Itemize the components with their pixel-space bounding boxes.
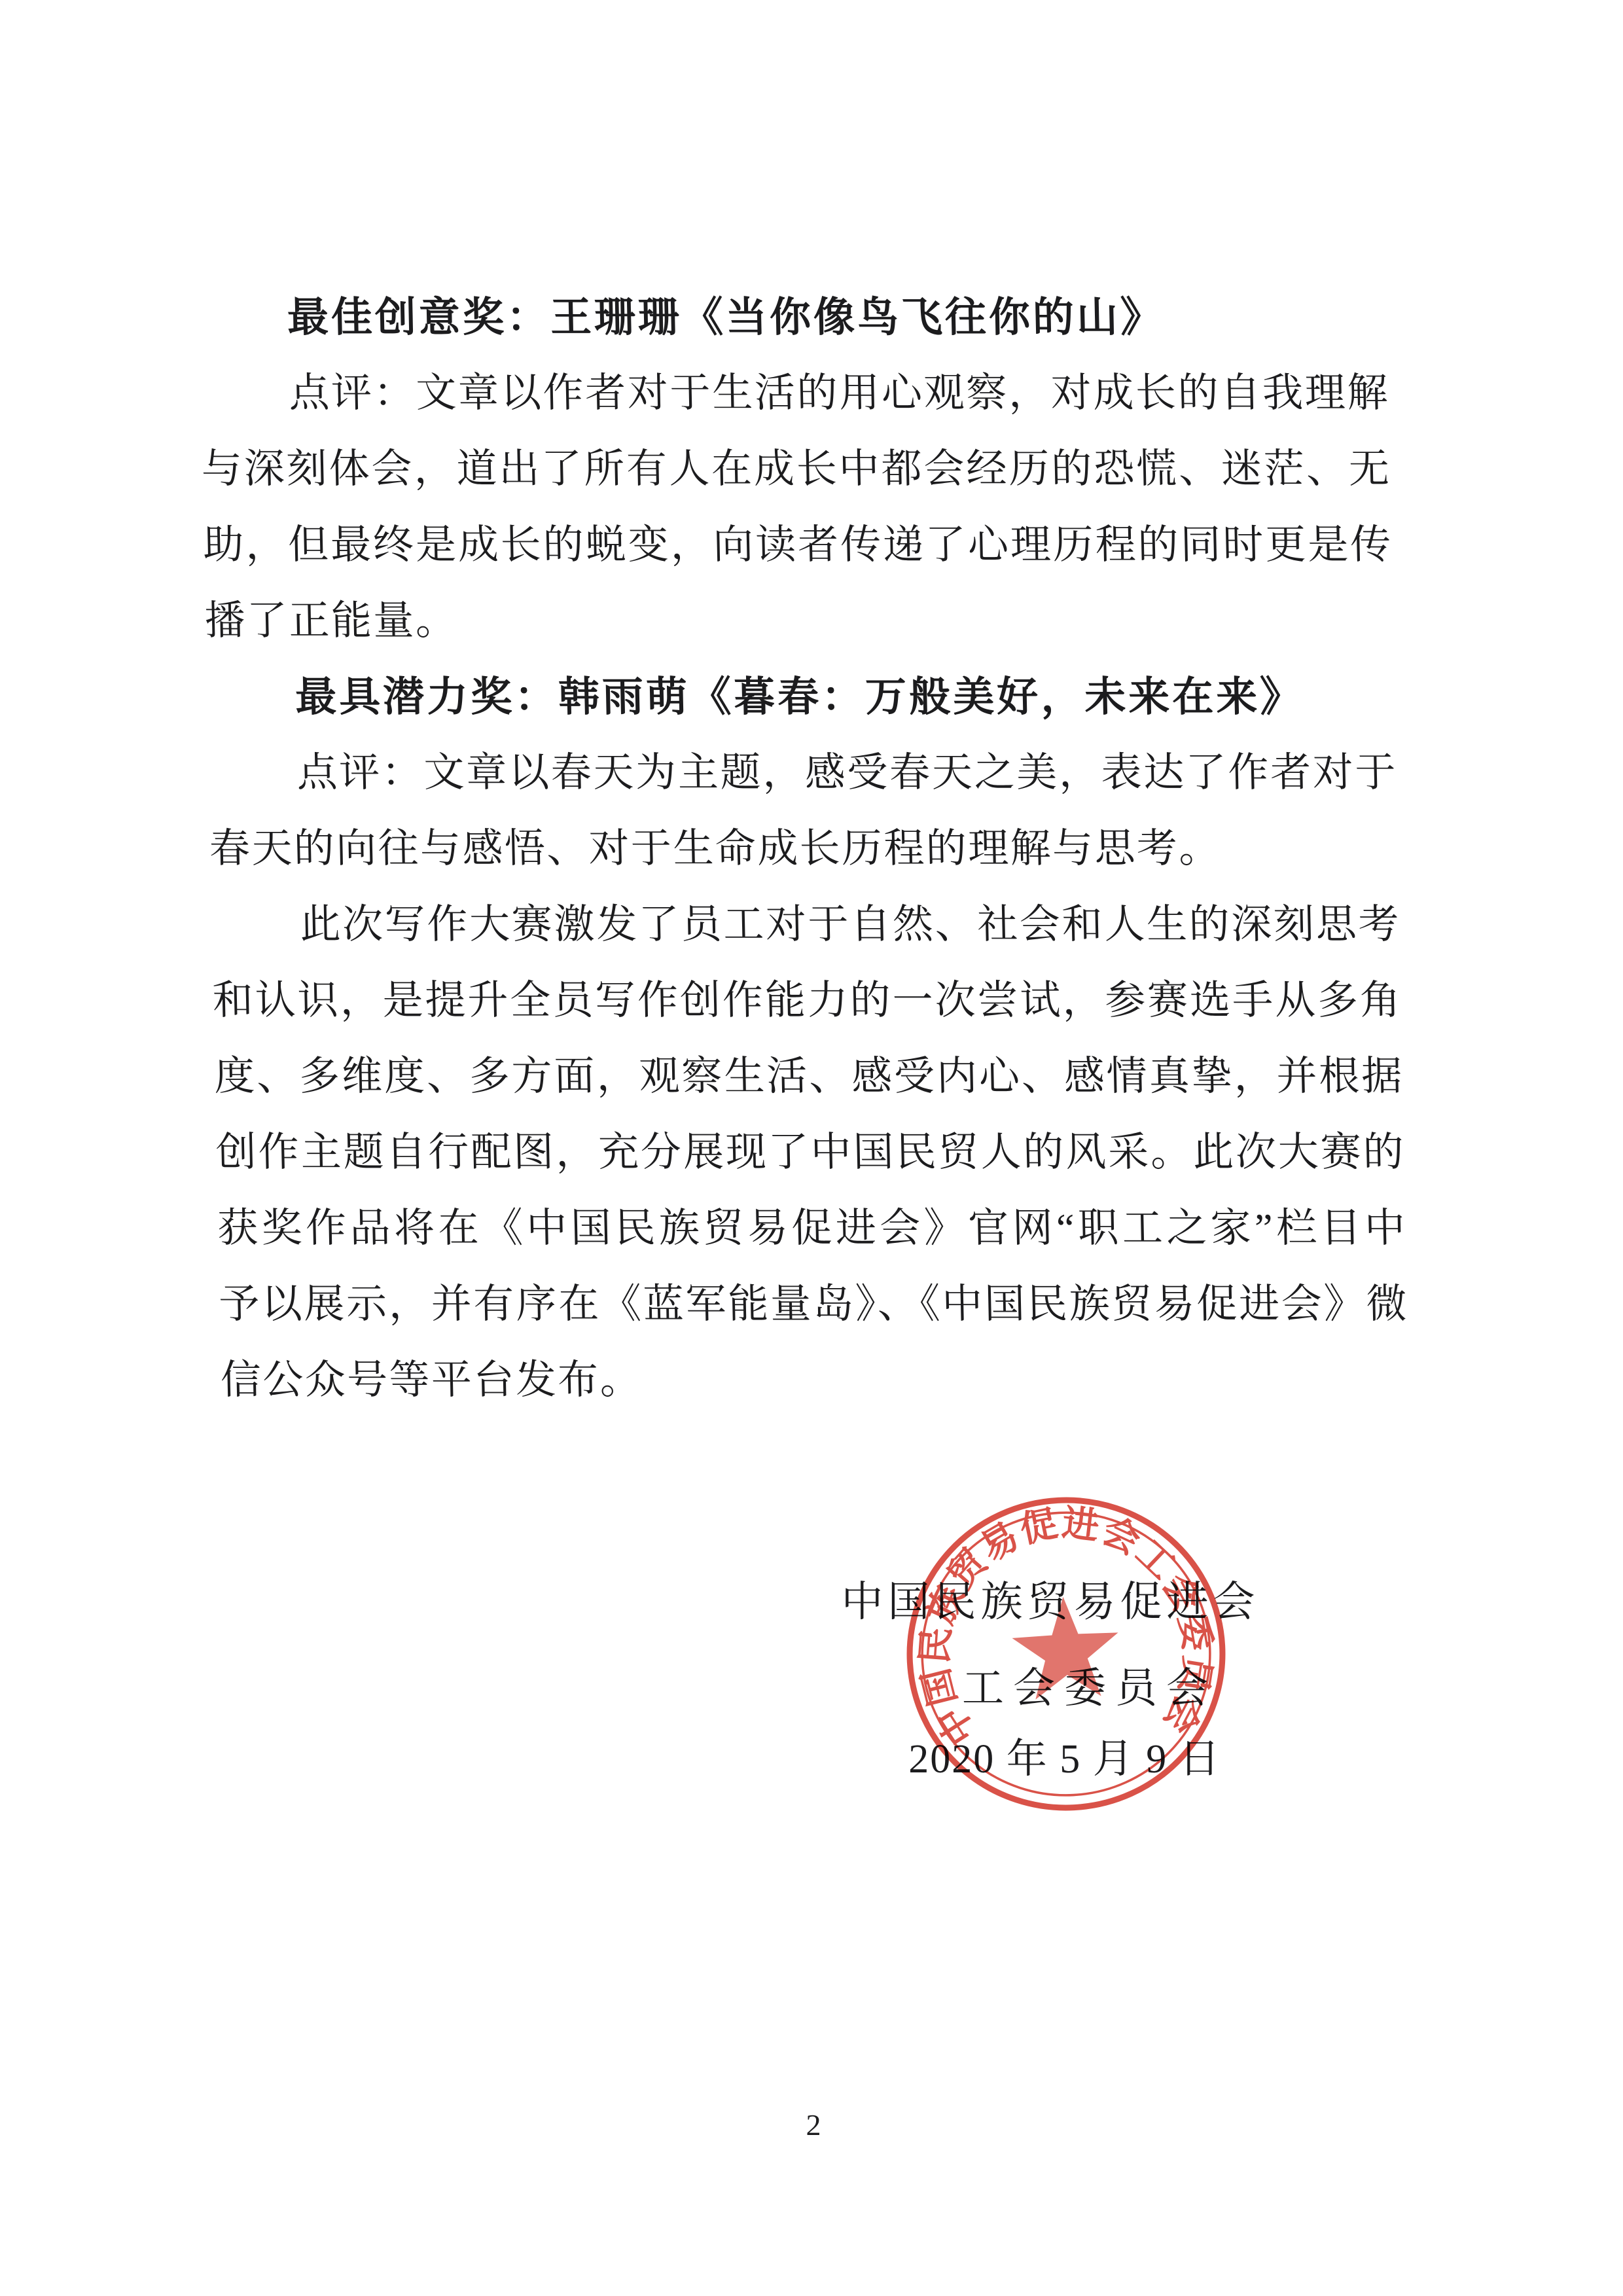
body-line-8: 此次写作大赛激发了员工对于自然、社会和人生的深刻思考: [210, 887, 1399, 963]
body-line-9: 和认识，是提升全员写作创作能力的一次尝试，参赛选手从多角: [212, 963, 1401, 1039]
body-line-2: 与深刻体会，道出了所有人在成长中都会经历的恐慌、迷茫、无: [201, 431, 1390, 507]
body-line-3: 助，但最终是成长的蜕变，向读者传递了心理历程的同时更是传: [202, 507, 1391, 583]
body-line-11: 创作主题自行配图，充分展现了中国民贸人的风采。此次大赛的: [215, 1115, 1404, 1191]
body-line-12: 获奖作品将在《中国民族贸易促进会》官网“职工之家”栏目中: [217, 1191, 1406, 1266]
official-seal: 中国民族贸易促进会工会委员会: [893, 1481, 1239, 1827]
body-line-1: 点评：文章以作者对于生活的用心观察，对成长的自我理解: [199, 355, 1388, 431]
heading-best-potential-award: 最具潜力奖：韩雨萌《暮春：万般美好，未来在来》: [205, 659, 1395, 735]
body-line-7: 春天的向往与感悟、对于生命成长历程的理解与思考。: [209, 811, 1398, 887]
document-page: 最佳创意奖：王珊珊《当你像鸟飞往你的山》 点评：文章以作者对于生活的用心观察，对…: [0, 0, 1623, 2296]
red-star-icon: [1010, 1594, 1121, 1701]
body-line-6: 点评：文章以春天为主题，感受春天之美，表达了作者对于: [207, 735, 1396, 811]
heading-best-creativity-award: 最佳创意奖：王珊珊《当你像鸟飞往你的山》: [198, 279, 1387, 355]
body-line-13: 予以展示，并有序在《蓝军能量岛》、《中国民族贸易促进会》微: [218, 1266, 1407, 1342]
body-line-4: 播了正能量。: [204, 583, 1393, 659]
body-line-14: 信公众号等平台发布。: [220, 1342, 1409, 1418]
page-number: 2: [748, 2102, 879, 2148]
body-text: 最佳创意奖：王珊珊《当你像鸟飞往你的山》 点评：文章以作者对于生活的用心观察，对…: [198, 279, 1409, 1418]
body-line-10: 度、多维度、多方面，观察生活、感受内心、感情真挚，并根据: [213, 1039, 1402, 1115]
